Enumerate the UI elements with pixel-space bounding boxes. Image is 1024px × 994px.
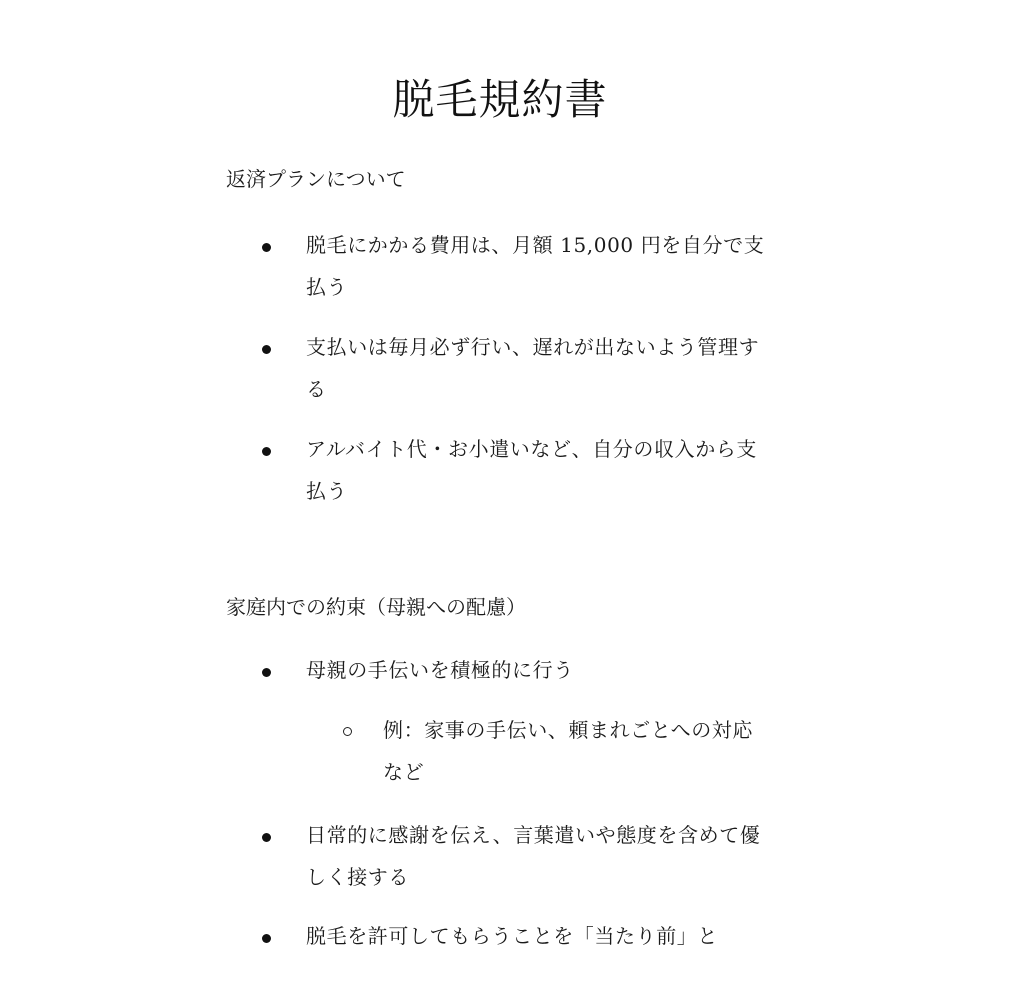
document-title: 脱毛規約書: [0, 72, 1000, 128]
section-heading-household-promises: 家庭内での約束（母親への配慮）: [226, 593, 526, 621]
list-item-text: 支払いは毎月必ず行い、遅れが出ないよう管理する: [306, 326, 776, 410]
list-item-text: 母親の手伝いを積極的に行う: [306, 649, 776, 691]
list-item-text: アルバイト代・お小遣いなど、自分の収入から支払う: [306, 428, 776, 512]
list-item-text: 日常的に感謝を伝え、言葉遣いや態度を含めて優しく接する: [306, 814, 776, 898]
sub-list-item-text: 例：家事の手伝い、頼まれごとへの対応など: [383, 709, 763, 793]
bullet-icon: [262, 447, 271, 456]
list-item-text: 脱毛にかかる費用は、月額 15,000 円を自分で支払う: [306, 224, 776, 308]
hollow-bullet-icon: [343, 727, 352, 736]
bullet-icon: [262, 934, 271, 943]
section-heading-repayment-plan: 返済プランについて: [226, 165, 406, 193]
bullet-icon: [262, 668, 271, 677]
list-item-text: 脱毛を許可してもらうことを「当たり前」と: [306, 915, 776, 957]
bullet-icon: [262, 345, 271, 354]
bullet-icon: [262, 833, 271, 842]
bullet-icon: [262, 243, 271, 252]
document-page: 脱毛規約書 返済プランについて 脱毛にかかる費用は、月額 15,000 円を自分…: [0, 0, 1024, 994]
